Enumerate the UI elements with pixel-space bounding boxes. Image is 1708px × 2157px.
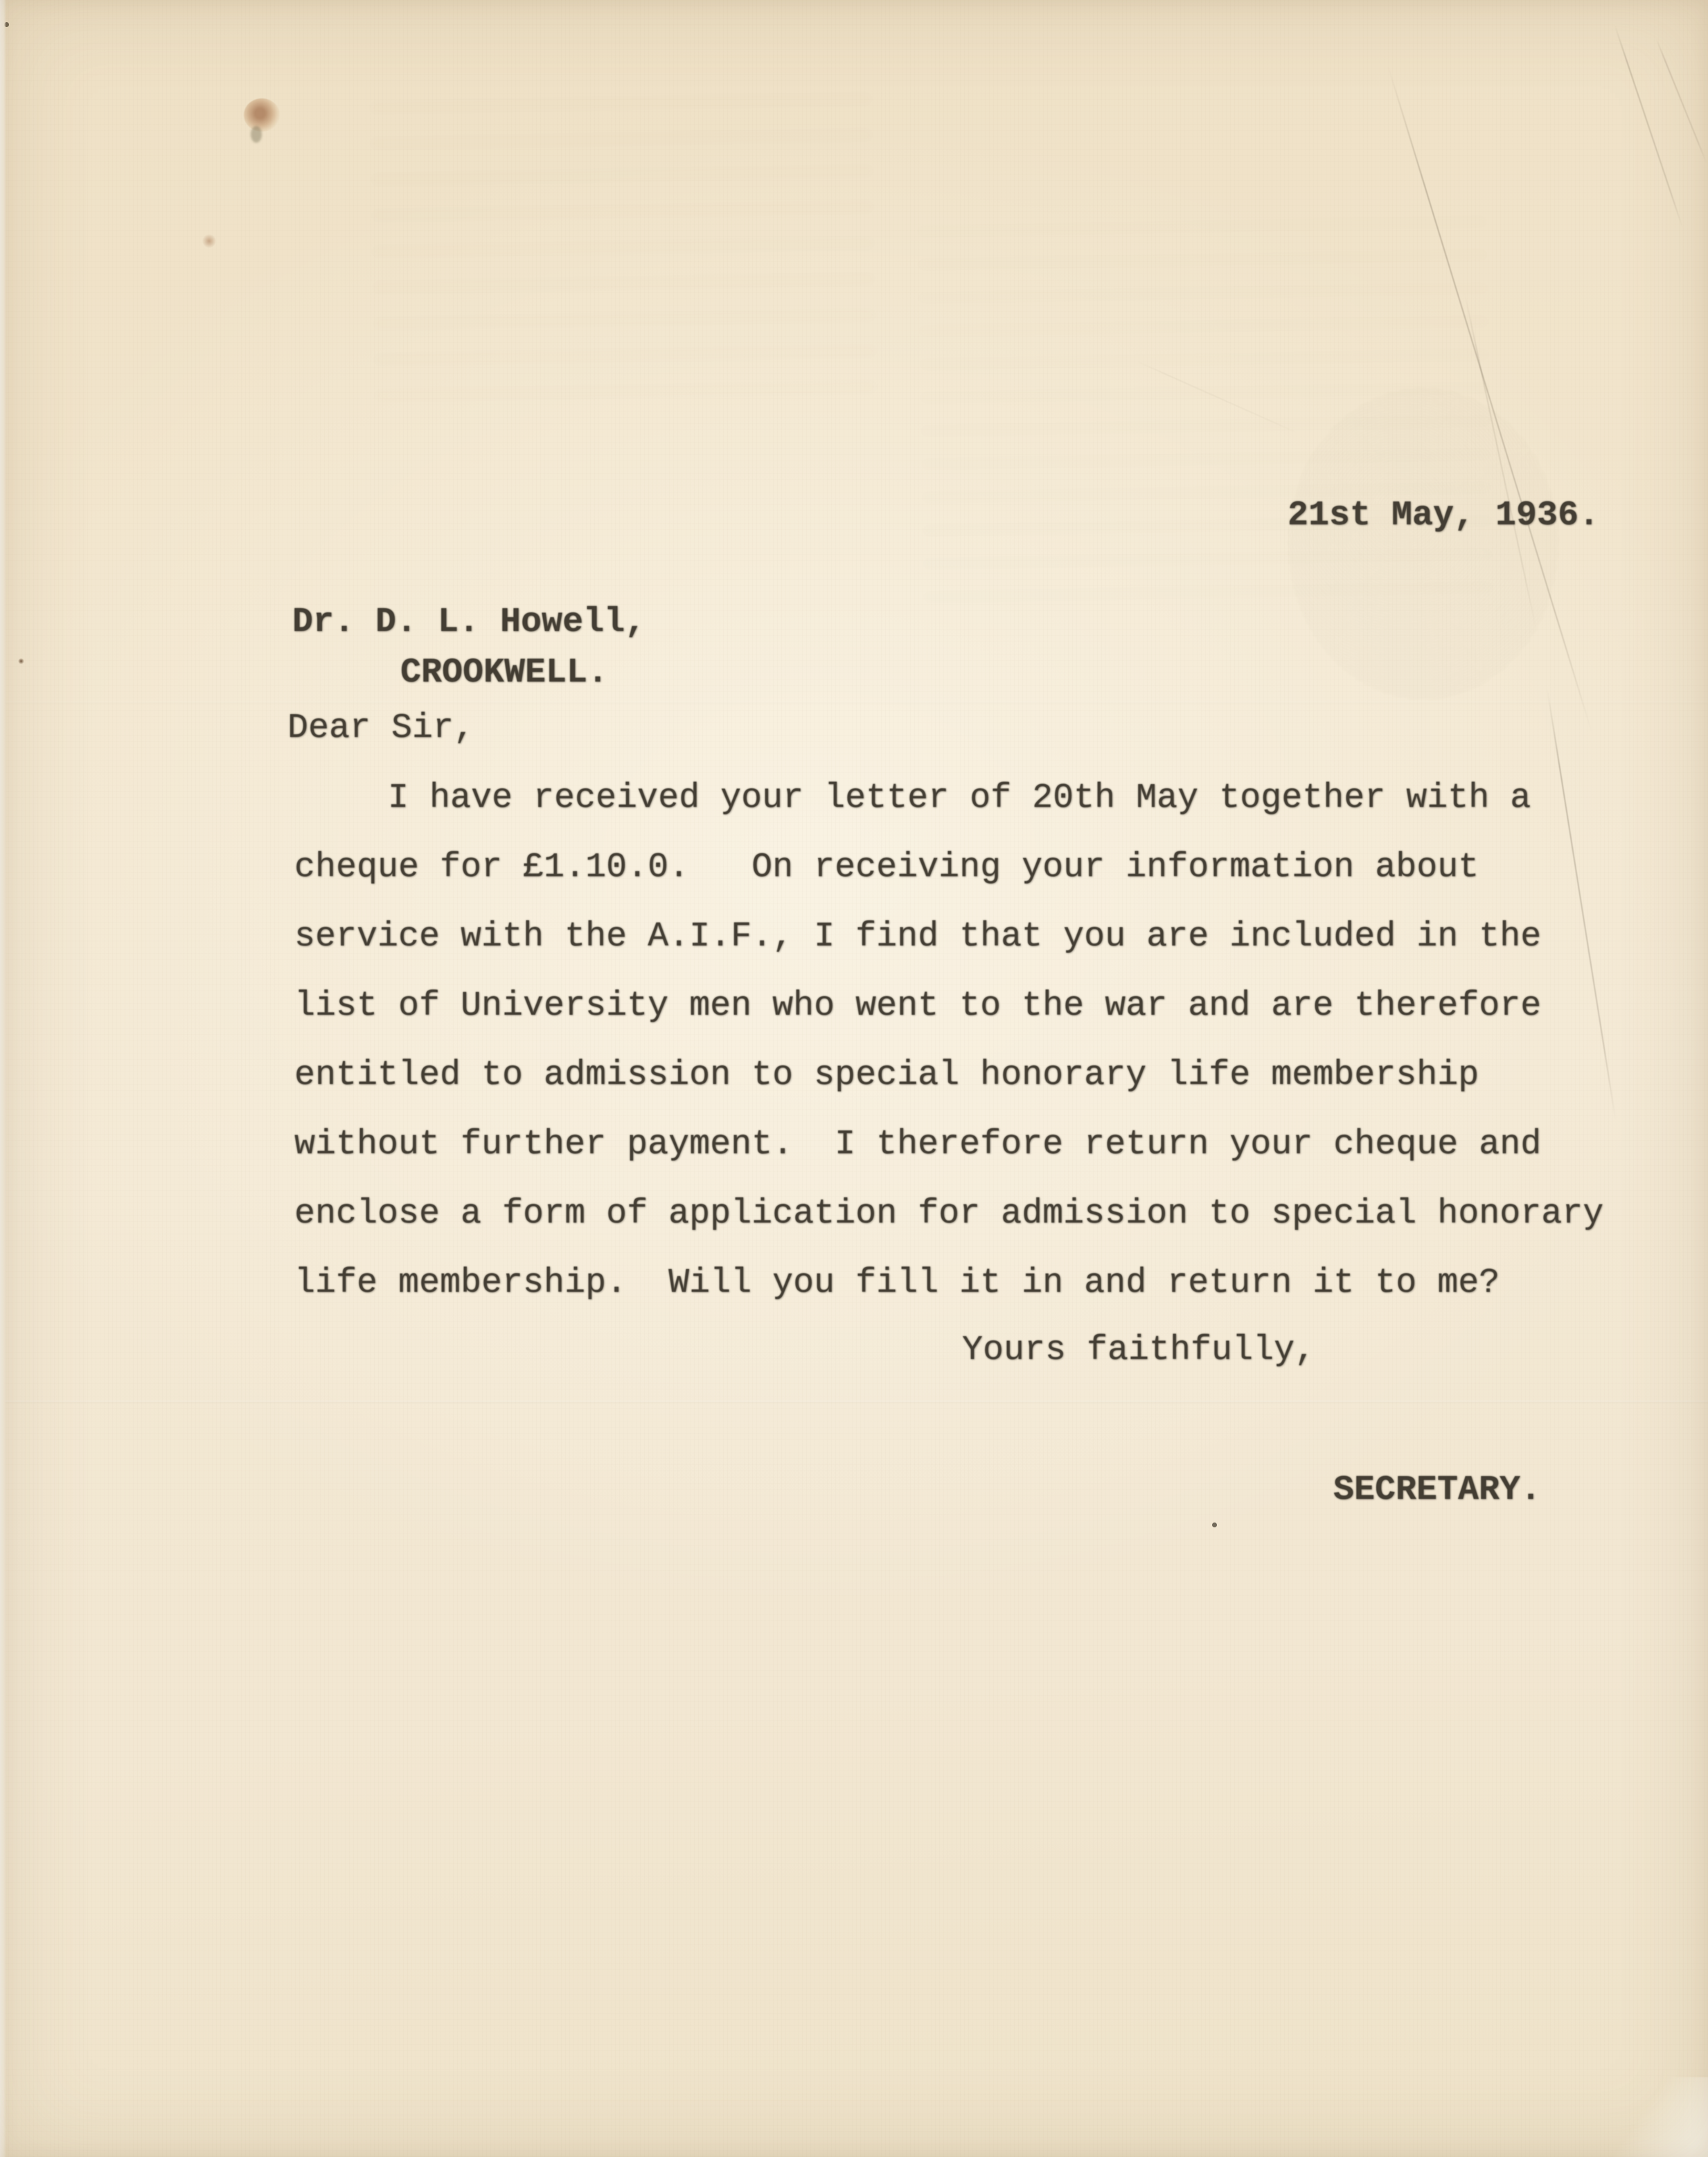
paper-vignette (0, 0, 1708, 2157)
scanned-letter-page: 21st May, 1936. Dr. D. L. Howell, CROOKW… (0, 0, 1708, 2157)
